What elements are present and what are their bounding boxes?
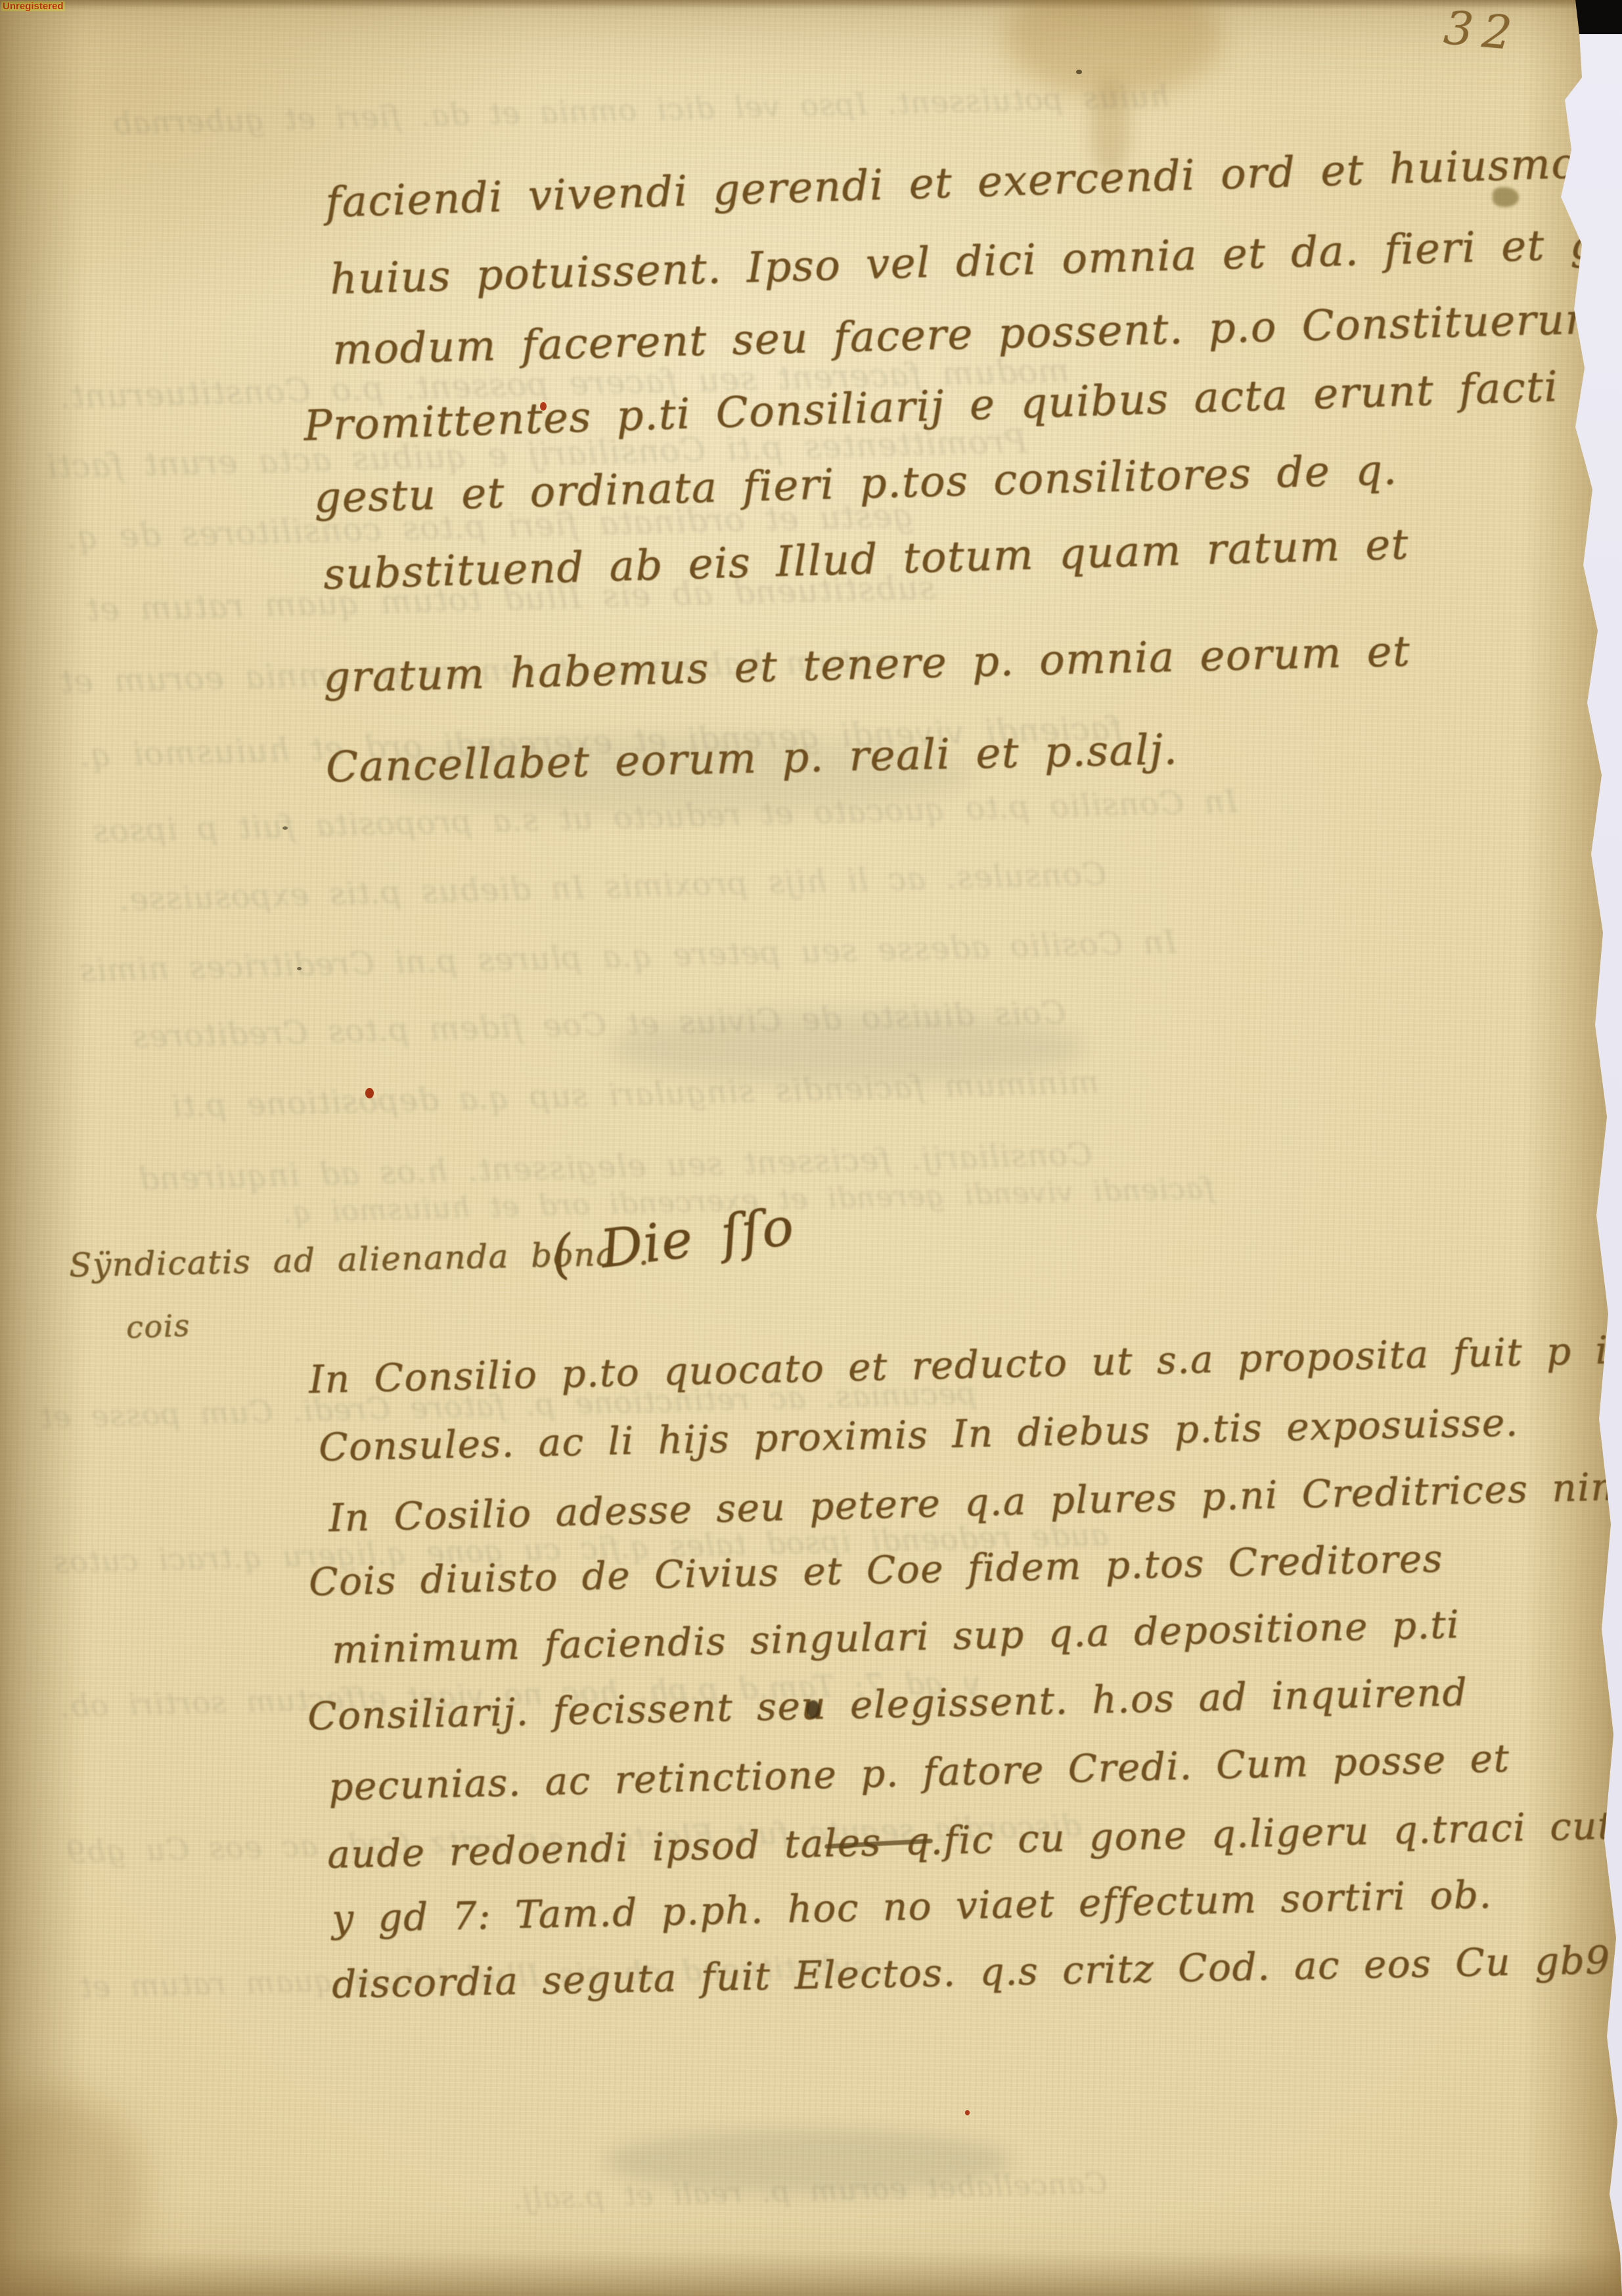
heading-flourish: ( xyxy=(548,1223,577,1286)
manuscript-line: pecunias. ac retinctione p. fatore Credi… xyxy=(328,1736,1510,1809)
show-through-line: In Cosilio adesse seu petere q.a plures … xyxy=(79,924,1177,989)
bottom-edge-shadow xyxy=(0,2250,1622,2296)
scanner-corner-shadow xyxy=(1573,0,1622,34)
show-through-line: In Consilio p.to quocato et reducto ut s… xyxy=(92,783,1238,850)
show-through-line: Cancellabet eorum p. reali et p.salj. xyxy=(512,2167,1108,2216)
manuscript-line: gratum habemus et tenere p. omnia eorum … xyxy=(323,627,1411,702)
scanned-page: huius potuissent. Ipso vel dici omnia et… xyxy=(0,0,1622,2296)
manuscript-page: huius potuissent. Ipso vel dici omnia et… xyxy=(0,0,1622,2296)
manuscript-line: y gd 7: Tam.d p.ph. hoc no viaet effectu… xyxy=(331,1872,1492,1941)
show-through-line: minimum faciendis singulari sup q.a depo… xyxy=(171,1064,1100,1125)
manuscript-line: huius potuissent. Ipso vel dici omnia et… xyxy=(329,215,1622,304)
stain xyxy=(0,2089,145,2296)
show-through-line: Cois diuisto de Civius et Coe fidem p.to… xyxy=(131,994,1067,1055)
show-through-line: Consules. ac li hijs proximis In diebus … xyxy=(118,855,1107,918)
folio-number: 32 xyxy=(1442,1,1523,61)
gutter-shadow xyxy=(0,0,85,2296)
manuscript-line: faciendi vivendi gerendi et exercendi or… xyxy=(325,137,1622,227)
manuscript-line: minimum faciendis singulari sup q.a depo… xyxy=(331,1602,1460,1673)
manuscript-line: discordia seguta fuit Electos. q.s critz… xyxy=(332,1937,1611,2006)
margin-note: cois xyxy=(125,1307,191,1345)
unregistered-watermark: Unregistered xyxy=(1,1,65,11)
red-speck xyxy=(965,2110,970,2115)
show-through-line: huius potuissent. Ipso vel dici omnia et… xyxy=(112,78,1170,141)
top-edge-shadow xyxy=(0,0,1622,9)
fiber-speck xyxy=(1076,70,1082,74)
